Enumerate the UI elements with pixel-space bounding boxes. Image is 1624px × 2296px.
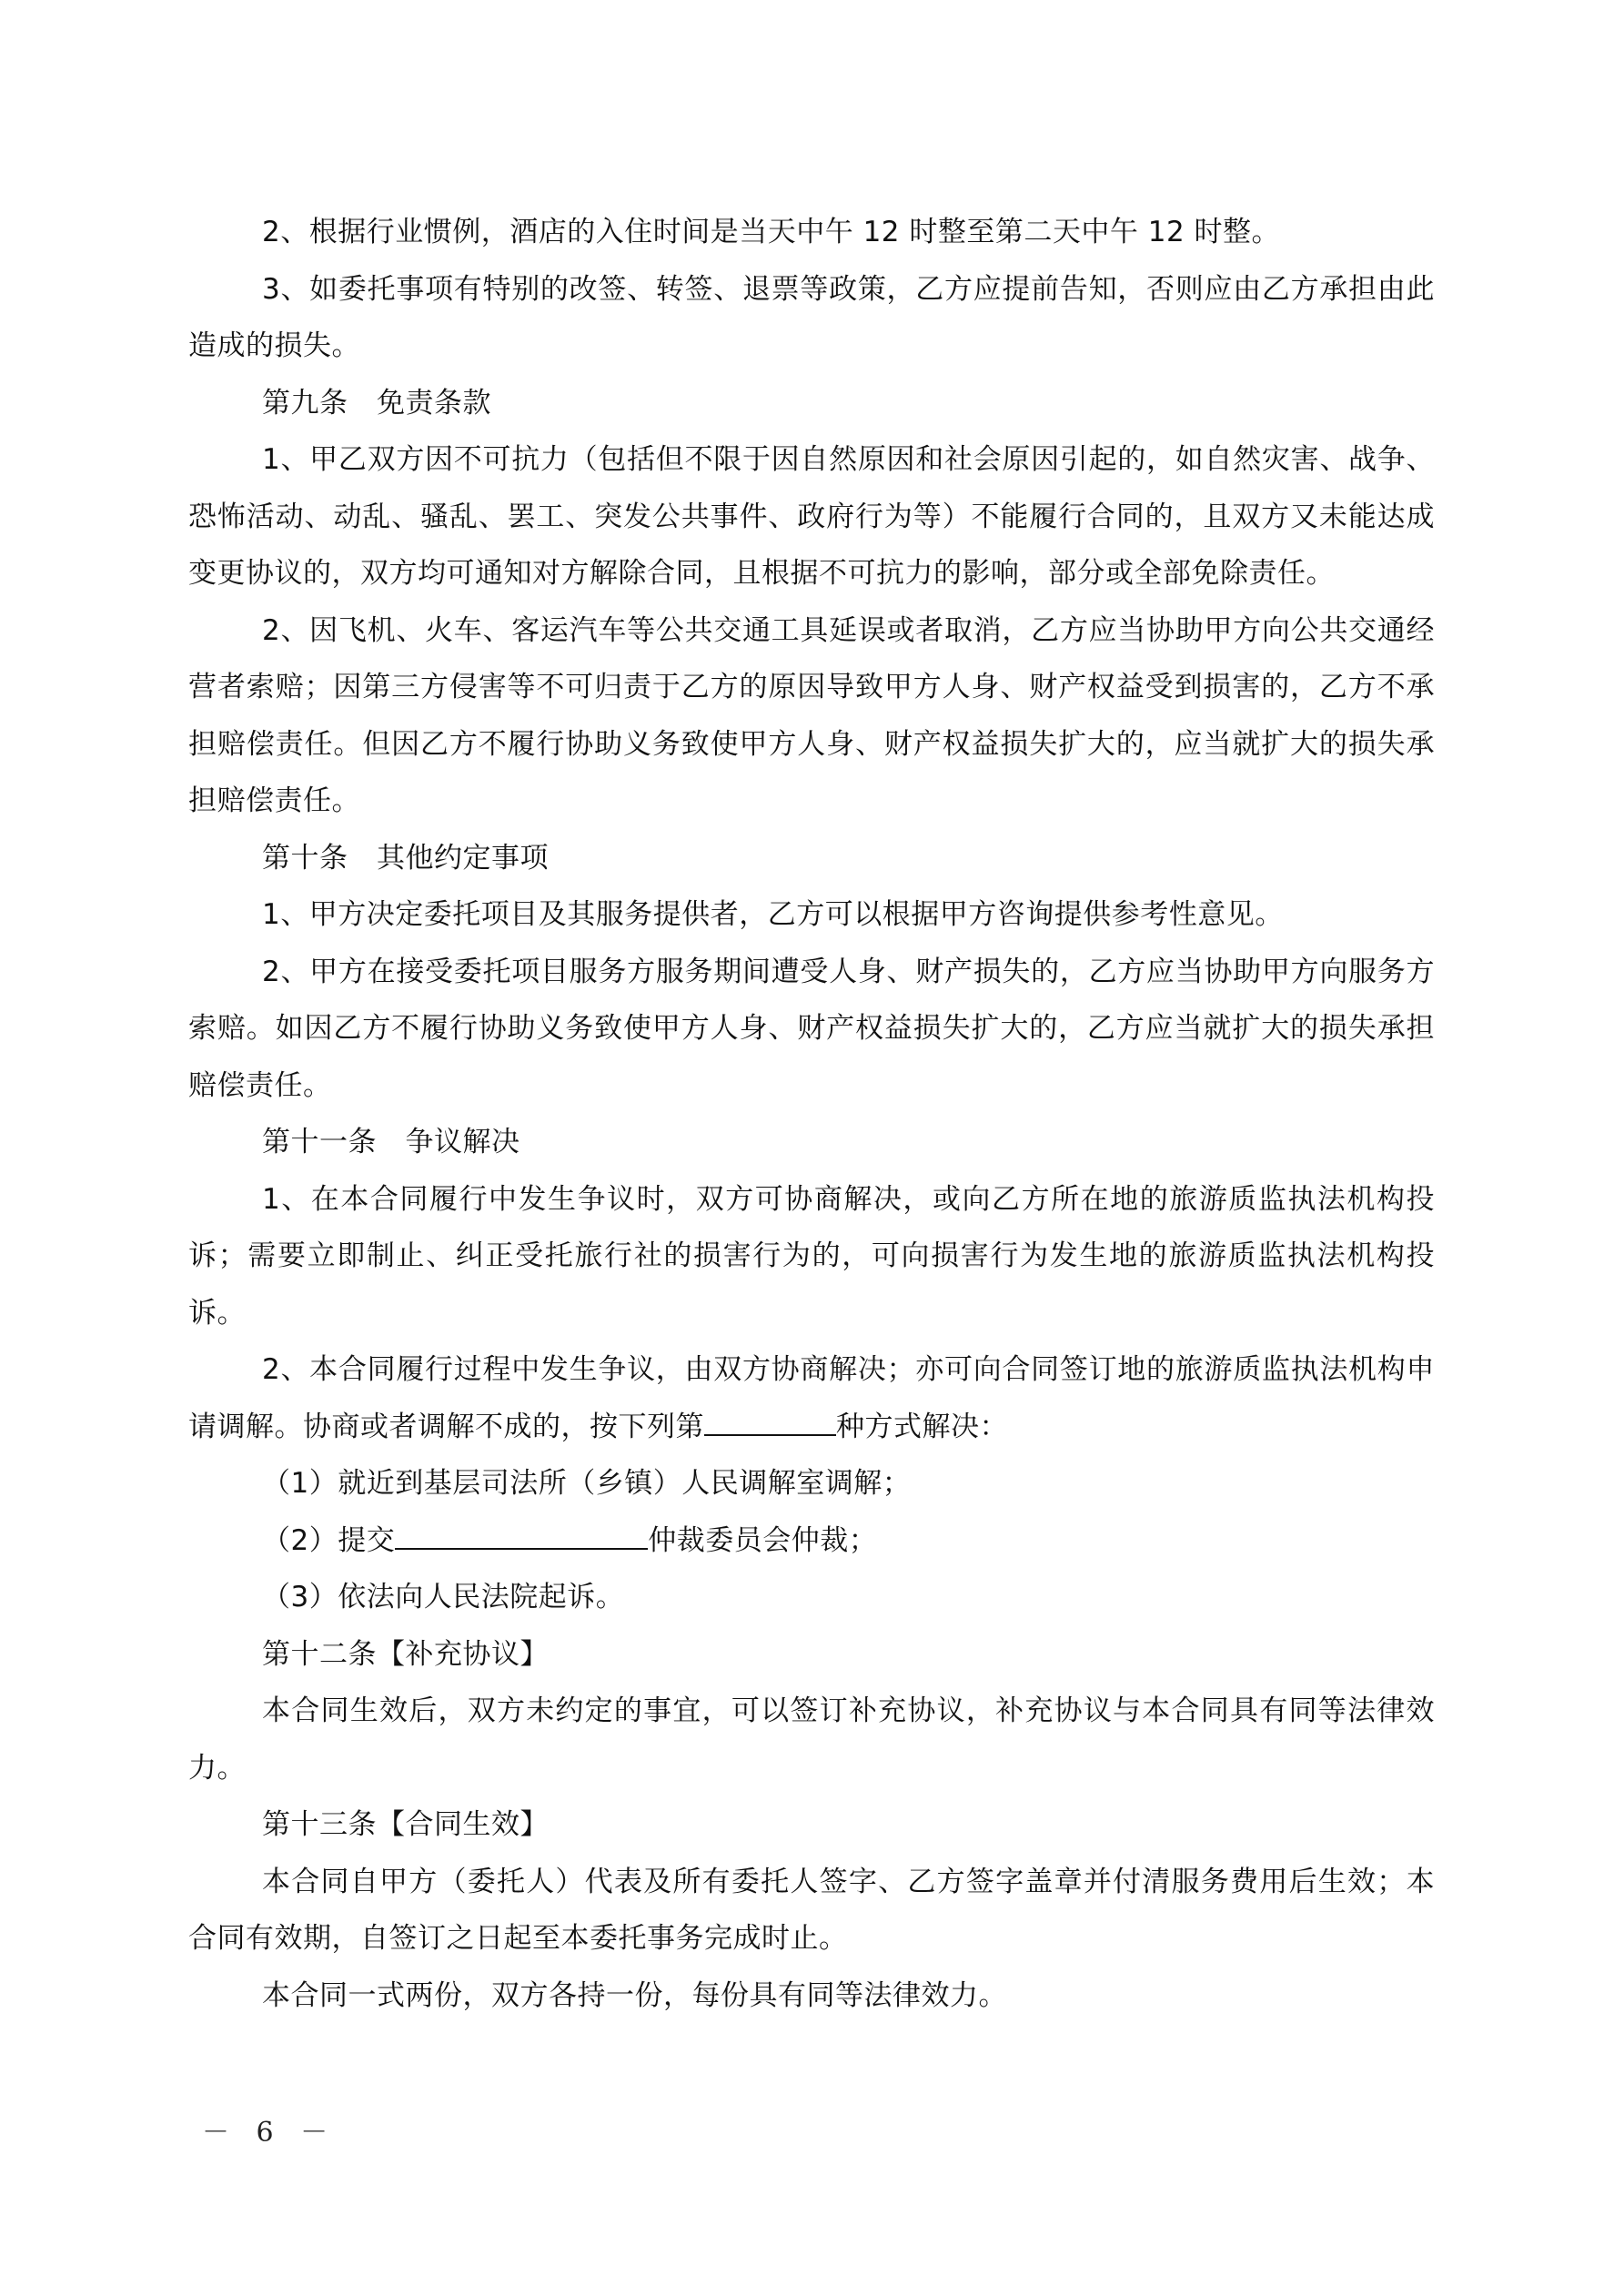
text-segment: 种方式解决： [836, 1411, 1008, 1443]
section-heading: 第十二条【补充协议】 [188, 1626, 1435, 1684]
paragraph: 本合同一式两份，双方各持一份，每份具有同等法律效力。 [188, 1967, 1435, 2025]
paragraph: 2、因飞机、火车、客运汽车等公共交通工具延误或者取消，乙方应当协助甲方向公共交通… [188, 602, 1435, 830]
option-item: （3）依法向人民法院起诉。 [188, 1569, 1435, 1626]
paragraph: 本合同自甲方（委托人）代表及所有委托人签字、乙方签字盖章并付清服务费用后生效；本… [188, 1854, 1435, 1967]
paragraph: 2、甲方在接受委托项目服务方服务期间遭受人身、财产损失的，乙方应当协助甲方向服务… [188, 944, 1435, 1115]
option-item: （1）就近到基层司法所（乡镇）人民调解室调解； [188, 1455, 1435, 1512]
option-item: （2）提交仲裁委员会仲裁； [188, 1512, 1435, 1570]
paragraph: 3、如委托事项有特别的改签、转签、退票等政策，乙方应提前告知，否则应由乙方承担由… [188, 261, 1435, 375]
paragraph: 1、甲乙双方因不可抗力（包括但不限于因自然原因和社会原因引起的，如自然灾害、战争… [188, 431, 1435, 602]
page-number: － 6 － [202, 2109, 337, 2149]
section-heading: 第九条 免责条款 [188, 375, 1435, 432]
document-page: 2、根据行业惯例，酒店的入住时间是当天中午 12 时整至第二天中午 12 时整。… [0, 0, 1624, 2296]
section-heading: 第十条 其他约定事项 [188, 830, 1435, 887]
section-heading: 第十一条 争议解决 [188, 1114, 1435, 1171]
paragraph: 2、根据行业惯例，酒店的入住时间是当天中午 12 时整至第二天中午 12 时整。 [188, 204, 1435, 261]
fill-in-blank-arbitration-committee[interactable] [395, 1521, 648, 1550]
text-segment: （2）提交 [262, 1524, 395, 1557]
document-body: 2、根据行业惯例，酒店的入住时间是当天中午 12 时整至第二天中午 12 时整。… [188, 204, 1435, 2024]
paragraph: 1、甲方决定委托项目及其服务提供者，乙方可以根据甲方咨询提供参考性意见。 [188, 886, 1435, 944]
fill-in-blank-method-number[interactable] [704, 1407, 836, 1436]
section-heading: 第十三条【合同生效】 [188, 1796, 1435, 1854]
paragraph: 1、在本合同履行中发生争议时，双方可协商解决，或向乙方所在地的旅游质监执法机构投… [188, 1171, 1435, 1342]
paragraph: 本合同生效后，双方未约定的事宜，可以签订补充协议，补充协议与本合同具有同等法律效… [188, 1683, 1435, 1796]
text-segment: 仲裁委员会仲裁； [648, 1524, 877, 1557]
paragraph-dispute-resolution: 2、本合同履行过程中发生争议，由双方协商解决；亦可向合同签订地的旅游质监执法机构… [188, 1341, 1435, 1455]
